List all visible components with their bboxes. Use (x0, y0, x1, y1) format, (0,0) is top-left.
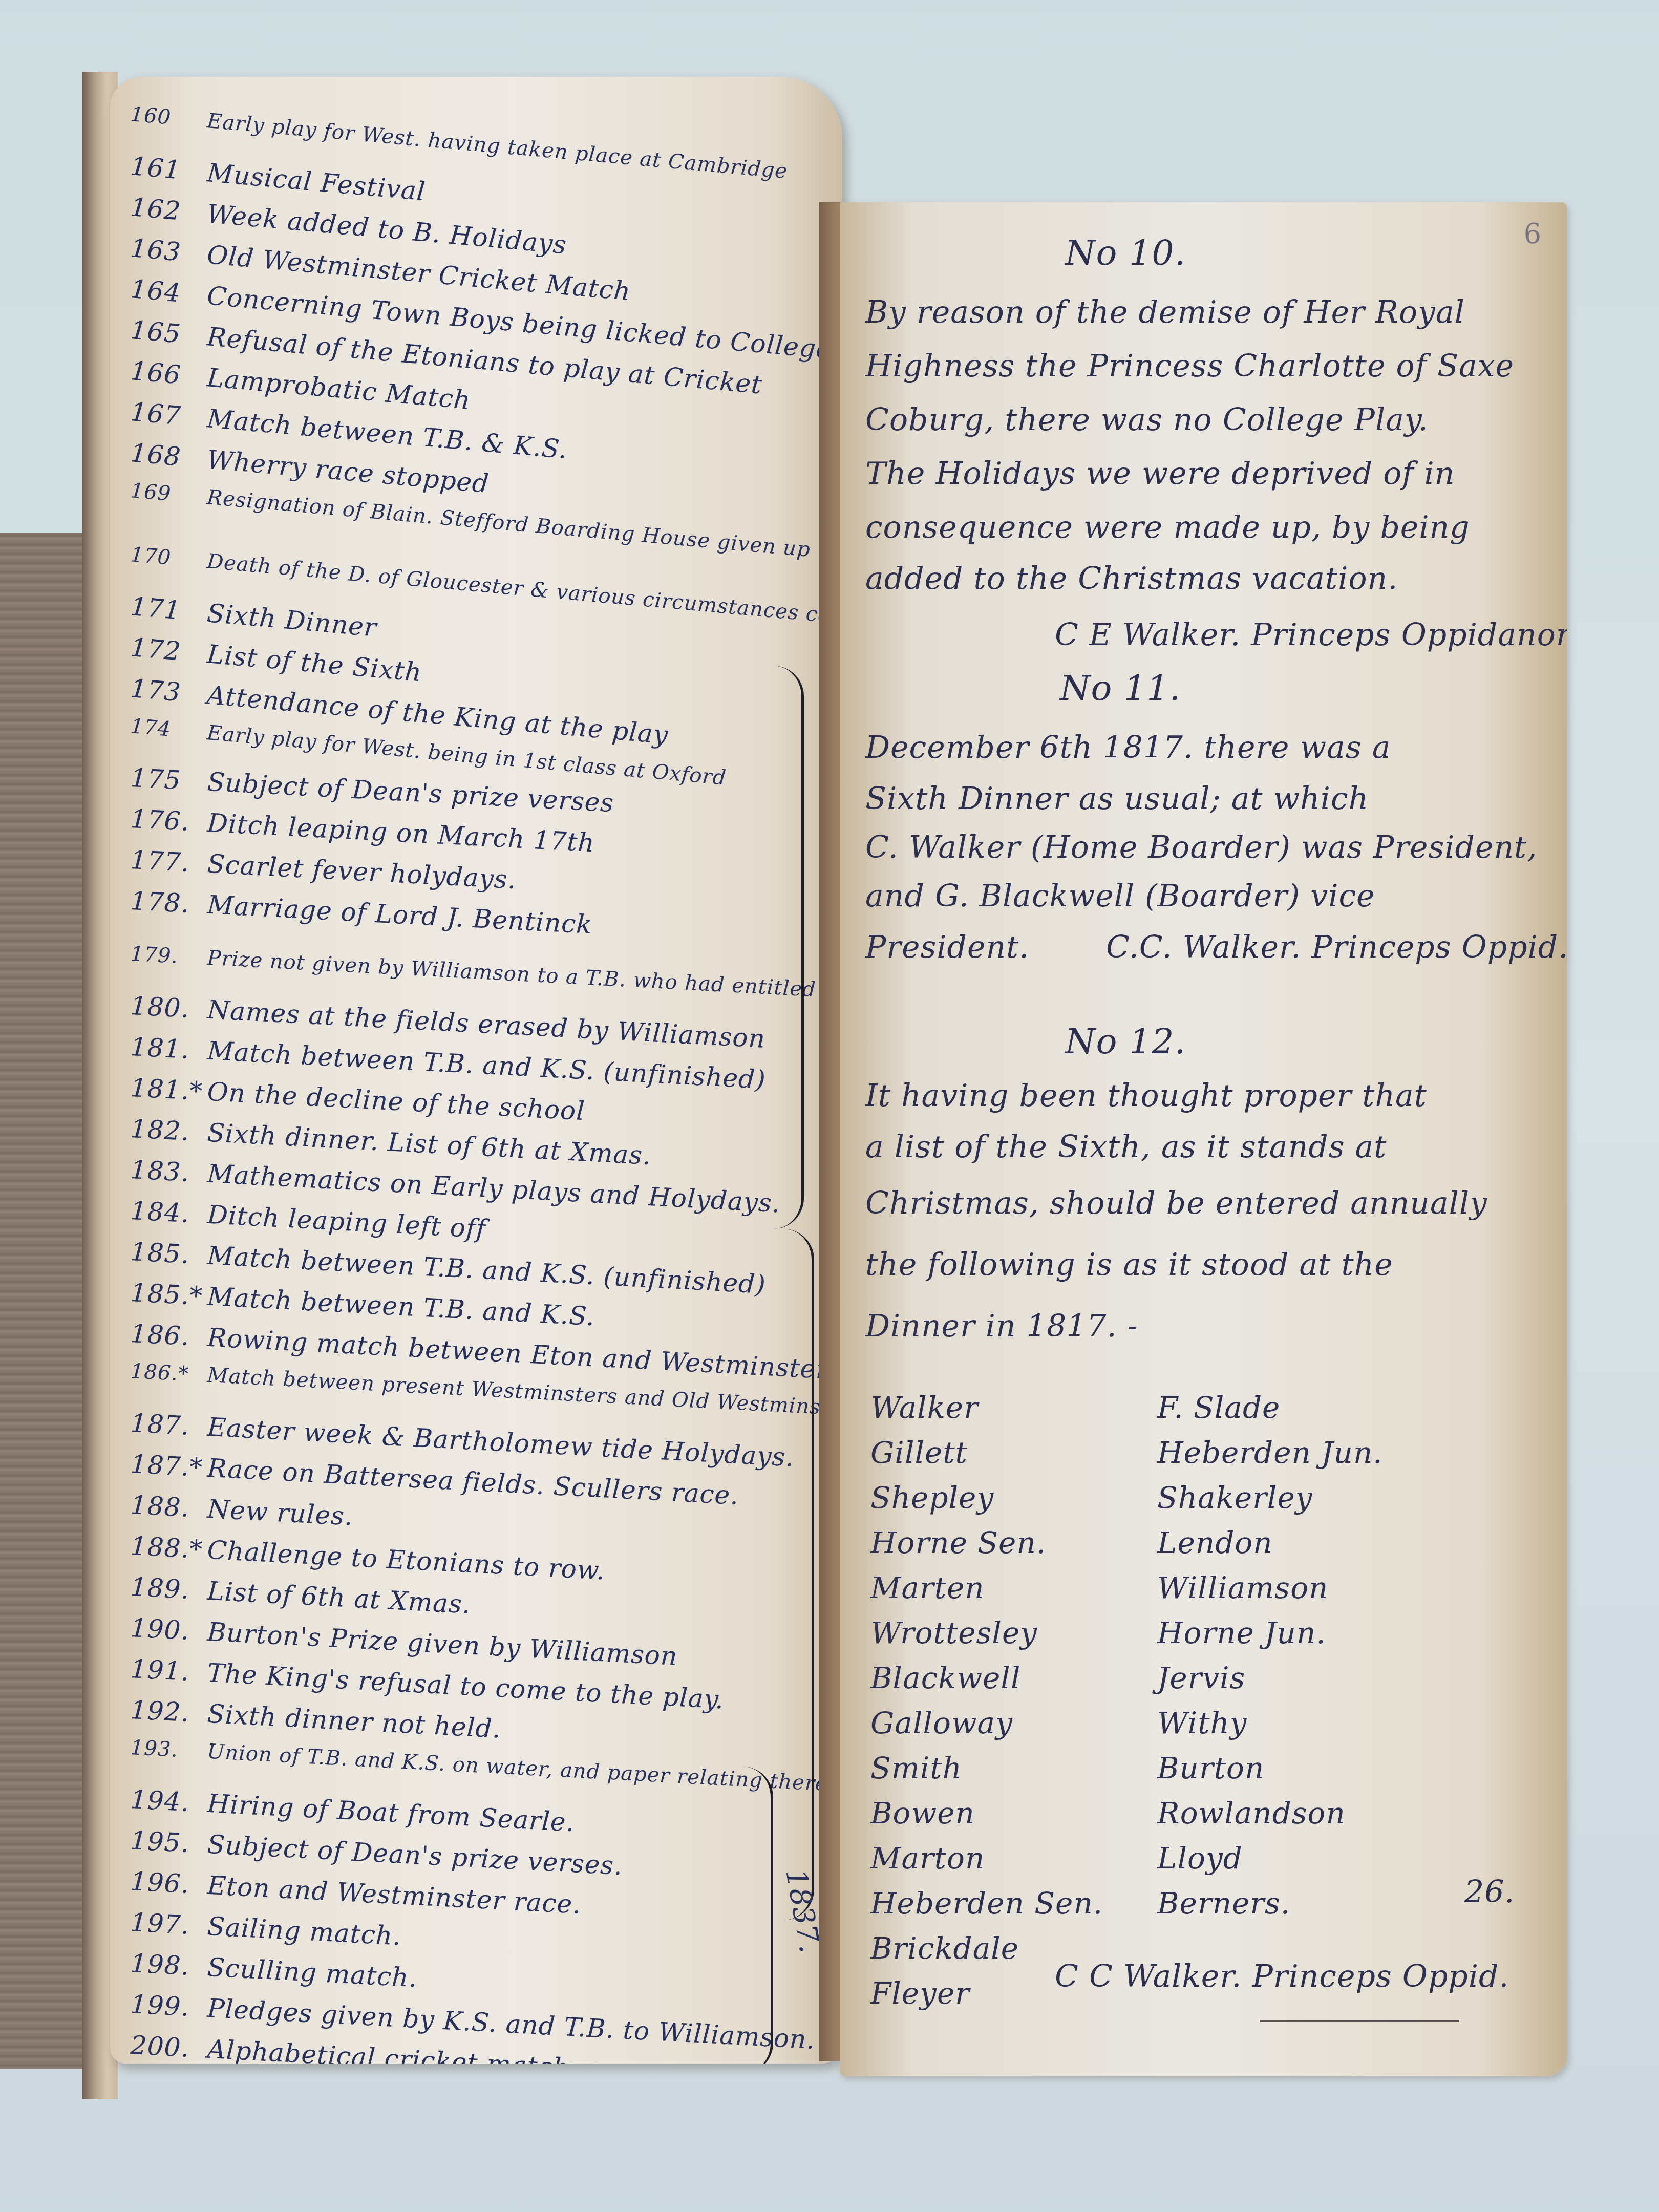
entry-number: 192. (130, 1695, 208, 1729)
entry-number: 190. (130, 1613, 208, 1647)
sixth-form-name: Shakerley (1157, 1480, 1313, 1515)
entry-text: Musical Festival (206, 158, 427, 206)
entry-number: 181. (130, 1032, 208, 1066)
entry-text: Eton and Westminster race. (206, 1870, 582, 1920)
sixth-form-name: Walker (870, 1390, 979, 1425)
entry-number: 183. (130, 1155, 208, 1188)
sixth-form-name: Shepley (870, 1480, 994, 1515)
text-line: and G. Blackwell (Boarder) vice (865, 878, 1375, 914)
entry-text: Ditch leaping left off (206, 1200, 486, 1244)
entry-text: Ditch leaping on March 17th (206, 808, 595, 858)
sixth-form-name: Jervis (1157, 1661, 1245, 1695)
sixth-form-name: Heberden Jun. (1157, 1435, 1383, 1470)
log-entry: 170Death of the D. of Gloucester & vario… (130, 543, 842, 648)
sixth-form-name: Bowen (870, 1796, 975, 1831)
sixth-form-name: Rowlandson (1157, 1796, 1346, 1831)
entry-number: 167 (129, 397, 208, 433)
entry-number: 170 (130, 543, 208, 573)
entry-text: Hiring of Boat from Searle. (206, 1789, 576, 1838)
text-line: The Holidays we were deprived of in (865, 456, 1455, 492)
entry-number: 193. (130, 1736, 208, 1763)
section-heading-no10: No 10. (1065, 233, 1186, 273)
entry-number: 198. (130, 1948, 208, 1982)
entry-number: 194. (130, 1784, 208, 1818)
entry-text: Marriage of Lord J. Bentinck (206, 890, 593, 940)
signature: C.C. Walker. Princeps Oppid. (1106, 929, 1567, 965)
text-line: President. (865, 929, 1029, 965)
entry-text: Scarlet fever holydays. (206, 849, 517, 895)
entry-text: Sculling match. (206, 1952, 418, 1993)
entry-number: 171 (129, 591, 208, 628)
log-entry: 171Sixth Dinner (129, 591, 378, 643)
bracket-1837 (730, 1767, 773, 2064)
left-page: 160Early play for West. having taken pla… (110, 77, 842, 2064)
text-line: Dinner in 1817. - (865, 1308, 1138, 1344)
sixth-form-name: Fleyer (870, 1976, 970, 2011)
name-count: 26. (1464, 1874, 1515, 1910)
sixth-form-name: Gillett (870, 1435, 968, 1470)
sixth-form-name: Wrottesley (870, 1615, 1037, 1650)
book-cover (0, 533, 89, 2069)
text-line: the following is as it stood at the (865, 1247, 1393, 1283)
sixth-form-name: Berners. (1157, 1886, 1290, 1921)
entry-text: Resignation of Blain. Stefford Boarding … (206, 485, 811, 562)
log-entry: 177.Scarlet fever holydays. (130, 845, 517, 895)
sixth-form-name: Horne Sen. (870, 1525, 1046, 1560)
text-line: consequence were made up, by being (865, 509, 1470, 545)
entry-number: 164 (129, 274, 208, 310)
entry-number: 169 (130, 479, 208, 509)
log-entry: 184.Ditch leaping left off (130, 1196, 486, 1244)
log-entry: 178.Marriage of Lord J. Bentinck (130, 886, 593, 940)
sixth-form-name: Smith (870, 1751, 962, 1785)
entry-text: Challenge to Etonians to row. (206, 1535, 606, 1586)
sixth-form-name: Lendon (1157, 1525, 1273, 1560)
entry-number: 186. (130, 1318, 208, 1352)
entry-text: Match between T.B. and K.S. (206, 1282, 595, 1332)
sixth-form-name: Marten (870, 1570, 985, 1605)
text-line: C. Walker (Home Boarder) was President, (865, 829, 1537, 865)
log-entry: 197.Sailing match. (130, 1907, 402, 1951)
right-page: 6 No 10. By reason of the demise of Her … (840, 202, 1567, 2076)
sixth-form-name: Blackwell (870, 1661, 1020, 1695)
entry-number: 199. (130, 1989, 208, 2023)
log-entry: 198.Sculling match. (130, 1948, 418, 1993)
entry-number: 180. (130, 991, 208, 1025)
entry-number: 200. (130, 2030, 208, 2064)
entry-number: 189. (130, 1572, 208, 1606)
sixth-form-name: Heberden Sen. (870, 1886, 1103, 1921)
sixth-form-name: Burton (1157, 1751, 1264, 1785)
entry-text: Sailing match. (206, 1911, 402, 1951)
entry-number: 163 (129, 233, 208, 269)
entry-number: 166 (129, 356, 208, 392)
entry-number: 176. (130, 804, 208, 838)
entry-number: 187. (130, 1408, 208, 1442)
entry-number: 185. (130, 1237, 208, 1270)
bracket-1836 (771, 1229, 814, 1920)
entry-number: 162 (129, 192, 208, 228)
entry-number: 196. (130, 1866, 208, 1900)
entry-number: 168 (129, 438, 208, 474)
page-number: 6 (1524, 218, 1541, 250)
text-line: Christmas, should be entered annually (865, 1185, 1487, 1221)
text-line: Sixth Dinner as usual; at which (865, 781, 1369, 817)
text-line: By reason of the demise of Her Royal (865, 294, 1465, 330)
text-line: December 6th 1817. there was a (865, 730, 1391, 765)
sixth-form-name: Marton (870, 1841, 985, 1876)
entry-number: 160 (130, 102, 208, 133)
sixth-form-name: F. Slade (1157, 1390, 1280, 1425)
entry-number: 179. (130, 942, 208, 970)
entry-number: 197. (130, 1907, 208, 1941)
entry-text: List of the Sixth (206, 639, 423, 687)
sixth-form-name: Brickdale (870, 1931, 1019, 1966)
entry-number: 178. (130, 886, 208, 920)
entry-number: 187.* (130, 1449, 208, 1483)
entry-number: 186.* (130, 1359, 208, 1387)
entry-text: New rules. (206, 1494, 354, 1532)
signature: C E Walker. Princeps Oppidanorum (1055, 617, 1567, 653)
entry-text: List of 6th at Xmas. (206, 1576, 472, 1620)
entry-number: 188.* (130, 1531, 208, 1565)
entry-number: 181.* (130, 1073, 208, 1107)
sixth-form-name: Withy (1157, 1706, 1247, 1740)
entry-number: 161 (129, 151, 208, 187)
entry-number: 185.* (130, 1278, 208, 1311)
entry-number: 182. (130, 1114, 208, 1147)
log-entry: 192.Sixth dinner not held. (130, 1695, 501, 1744)
entry-text: On the decline of the school (206, 1077, 586, 1126)
log-entry: 189.List of 6th at Xmas. (130, 1572, 472, 1620)
text-line: added to the Christmas vacation. (865, 561, 1398, 597)
text-line: a list of the Sixth, as it stands at (865, 1129, 1387, 1165)
section-heading-no11: No 11. (1060, 668, 1181, 709)
section-heading-no12: No 12. (1065, 1022, 1186, 1062)
sixth-form-name: Galloway (870, 1706, 1013, 1740)
entry-number: 177. (130, 845, 208, 879)
entry-number: 184. (130, 1196, 208, 1229)
entry-number: 172 (129, 632, 208, 669)
entry-number: 191. (130, 1654, 208, 1688)
text-line: It having been thought proper that (865, 1078, 1427, 1114)
log-entry: 188.New rules. (130, 1490, 354, 1532)
entry-number: 165 (129, 315, 208, 351)
entry-number: 173 (129, 673, 208, 710)
sixth-form-name: Williamson (1157, 1570, 1328, 1605)
bracket-1835 (765, 666, 804, 1229)
entry-text: Sixth dinner not held. (206, 1699, 502, 1744)
underline (1260, 2020, 1459, 2022)
entry-number: 175 (130, 763, 208, 797)
entry-number: 195. (130, 1825, 208, 1859)
entry-text: Sixth Dinner (206, 598, 378, 643)
entry-number: 174 (130, 714, 208, 745)
final-signature: C C Walker. Princeps Oppid. (1055, 1959, 1509, 1994)
text-line: Highness the Princess Charlotte of Saxe (865, 348, 1514, 384)
sixth-form-name: Horne Jun. (1157, 1615, 1326, 1650)
text-line: Coburg, there was no College Play. (865, 402, 1429, 438)
entry-number: 188. (130, 1490, 208, 1524)
sixth-form-name: Lloyd (1157, 1841, 1243, 1876)
